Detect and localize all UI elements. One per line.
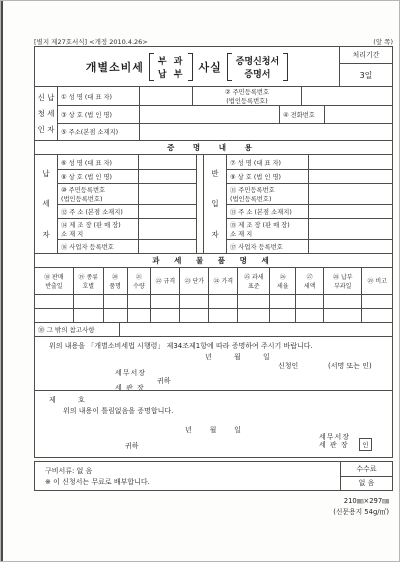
resident-no-label: ② 주민등록번호 (법인등록번호) xyxy=(193,87,302,105)
scanned-form-page: [별지 제27호서식] <개정 2010.4.26> (앞 쪽) 개별소비세 부… xyxy=(0,0,400,562)
issuer-customs: 세 관 장 xyxy=(319,442,350,450)
title-box: 개별소비세 부 과 납 부 사실 증명신청서 증명서 xyxy=(34,46,393,87)
form-note-row: [별지 제27호서식] <개정 2010.4.26> (앞 쪽) xyxy=(34,37,393,46)
goods-header-row: ⑱ 판매 반출일 ⑲ 종류 호별 ⑳ 품명 ㉑ 수량 ㉒ 규격 ㉓ 단가 ㉔ 가… xyxy=(35,268,392,294)
table-row: ⑮ 제 조 장 (판 매 장) 소 재 지 xyxy=(227,218,392,239)
document-number: 제 호 xyxy=(49,395,85,405)
addressee-tax-office: 세무서장 xyxy=(115,368,146,378)
carrier-subtable: 반 입 자 ⑦ 성 명 (대 표 자) ⑨ 상 호 (법 인 명) ⑪ 주민등록… xyxy=(203,154,393,254)
certificate-block: 제 호 위의 내용이 틀림없음을 증명합니다. 년 월 일 귀하 세무서장 세 … xyxy=(34,390,393,458)
bracket-cert-type: 증명신청서 증명서 xyxy=(227,53,288,81)
taxpayer-vertical-label: 납 세 자 xyxy=(35,155,58,253)
trade-name-field xyxy=(140,106,280,123)
application-block: 위의 내용을 「개별소비세법 시행령」 제34조제1항에 따라 증명하여 주시기… xyxy=(34,336,393,391)
col-tax-rate: ㉖ 세율 xyxy=(270,268,296,294)
other-remarks-field xyxy=(120,323,392,336)
applicant-row-name: ① 성 명 (대 표 자) ② 주민등록번호 (법인등록번호) xyxy=(58,87,392,105)
issuer-stack: 세무서장 세 관 장 xyxy=(319,434,350,449)
address-field xyxy=(140,124,392,141)
paper-type: (신문용지 54g/㎡) xyxy=(333,507,389,518)
phone-field xyxy=(325,106,392,123)
other-remarks-row: ㉚ 그 밖의 참고사항 xyxy=(34,322,393,337)
table-row: ⑩ 주민등록번호 (법인등록번호) xyxy=(58,183,196,204)
seal-box: 인 xyxy=(359,438,372,451)
col-quantity: ㉑ 수량 xyxy=(127,268,151,294)
bracket2-bottom: 증명서 xyxy=(236,67,279,80)
carrier-vertical-label: 반 입 자 xyxy=(204,155,227,253)
col-release-date: ⑱ 판매 반출일 xyxy=(35,268,73,294)
table-row: ⑰ 사업자 등록번호 xyxy=(227,239,392,253)
resident-no-field xyxy=(302,87,392,105)
certificate-statement: 위의 내용이 틀림없음을 증명합니다. xyxy=(63,406,173,416)
signature-note: (서명 또는 인) xyxy=(328,361,372,371)
cert-content-columns: 납 세 자 ⑥ 성 명 (대 표 자) ⑧ 상 호 (법 인 명) ⑩ 주민등록… xyxy=(34,154,393,254)
col-spec: ㉒ 규격 xyxy=(151,268,180,294)
table-row: ⑪ 주민등록번호 (법인등록번호) xyxy=(227,183,392,204)
form-number-note: [별지 제27호서식] <개정 2010.4.26> xyxy=(34,37,148,46)
table-row: ⑯ 사업자 등록번호 xyxy=(58,239,196,253)
paper-spec-footer: 210㎜×297㎜ (신문용지 54g/㎡) xyxy=(333,496,389,518)
address-label: ⑤ 주소(본점 소재지) xyxy=(58,124,140,141)
goods-empty-row xyxy=(35,308,392,322)
taxpayer-subtable: 납 세 자 ⑥ 성 명 (대 표 자) ⑧ 상 호 (법 인 명) ⑩ 주민등록… xyxy=(34,154,197,254)
name-label: ① 성 명 (대 표 자) xyxy=(58,87,140,105)
form-body: 개별소비세 부 과 납 부 사실 증명신청서 증명서 xyxy=(34,47,393,491)
other-remarks-label: ㉚ 그 밖의 참고사항 xyxy=(35,323,120,336)
name-field xyxy=(140,87,193,105)
table-row: ⑦ 성 명 (대 표 자) xyxy=(227,155,392,169)
col-remarks: ㉙ 비고 xyxy=(362,268,392,294)
fee-label: 수수료 xyxy=(341,462,392,477)
requirements-box: 구비서류: 없 음 ※ 이 신청서는 무료로 배부합니다. 수수료 없 음 xyxy=(34,461,393,491)
fee-value: 없 음 xyxy=(341,477,392,491)
trade-name-label: ③ 상 호 (법 인 명) xyxy=(58,106,140,123)
goods-section-header: 과 세 물 품 명 세 xyxy=(34,253,393,268)
col-price: ㉔ 가격 xyxy=(209,268,238,294)
table-row: ⑫ 주 소 (본점 소재지) xyxy=(58,204,196,218)
col-tax-base: ㉕ 과세 표준 xyxy=(238,268,270,294)
processing-period-label: 처리기간 xyxy=(340,47,392,64)
bracket1-bottom: 납 부 xyxy=(158,67,185,80)
table-row: ⑬ 주 소 (본점 소재지) xyxy=(227,204,392,218)
application-statement: 위의 내용을 「개별소비세법 시행령」 제34조제1항에 따라 증명하여 주시기… xyxy=(49,341,313,351)
applicant-vertical-label: 신 납 청 세 인 자 xyxy=(35,87,58,140)
processing-period-cell: 처리기간 3일 xyxy=(340,47,392,86)
free-distribution-note: ※ 이 신청서는 무료로 배부합니다. xyxy=(45,477,330,487)
processing-period-value: 3일 xyxy=(340,64,392,86)
table-row: ⑥ 성 명 (대 표 자) xyxy=(58,155,196,169)
right-bracket-shape xyxy=(188,53,193,81)
bracket1-top: 부 과 xyxy=(158,54,185,67)
goods-table-box: ⑱ 판매 반출일 ⑲ 종류 호별 ⑳ 품명 ㉑ 수량 ㉒ 규격 ㉓ 단가 ㉔ 가… xyxy=(34,267,393,323)
form-title: 개별소비세 부 과 납 부 사실 증명신청서 증명서 xyxy=(35,47,340,86)
cert-content-header: 증 명 내 용 xyxy=(34,140,393,155)
col-payment-date: ㉘ 납부 부과일 xyxy=(324,268,362,294)
table-row: ⑧ 상 호 (법 인 명) xyxy=(58,169,196,183)
paper-size: 210㎜×297㎜ xyxy=(333,496,389,507)
certificate-addressee-suffix: 귀하 xyxy=(125,441,139,451)
applicant-signature-label: 신청인 xyxy=(278,361,298,371)
application-date-line: 년 월 일 xyxy=(205,352,270,362)
col-item-name: ⑳ 품명 xyxy=(103,268,127,294)
col-unit-price: ㉓ 단가 xyxy=(180,268,209,294)
goods-empty-row xyxy=(35,294,392,308)
certificate-date-line: 년 월 일 xyxy=(185,425,241,435)
phone-label: ④ 전화번호 xyxy=(280,106,325,123)
applicant-section: 신 납 청 세 인 자 ① 성 명 (대 표 자) ② 주민등록번호 (법인등록… xyxy=(34,86,393,141)
table-row: ⑨ 상 호 (법 인 명) xyxy=(227,169,392,183)
page-side-note: (앞 쪽) xyxy=(373,37,393,46)
col-kind-class: ⑲ 종류 호별 xyxy=(73,268,103,294)
fee-cell: 수수료 없 음 xyxy=(340,462,392,490)
tax-name: 개별소비세 xyxy=(86,59,144,75)
table-row: ⑭ 제 조 장 (판 매 장) 소 재 지 xyxy=(58,218,196,239)
applicant-row-trade-name: ③ 상 호 (법 인 명) ④ 전화번호 xyxy=(58,105,392,123)
goods-table: ⑱ 판매 반출일 ⑲ 종류 호별 ⑳ 품명 ㉑ 수량 ㉒ 규격 ㉓ 단가 ㉔ 가… xyxy=(35,268,392,322)
bracket2-top: 증명신청서 xyxy=(236,54,279,67)
required-documents: 구비서류: 없 음 xyxy=(45,466,330,476)
scan-edge-artifact xyxy=(1,1,3,562)
right-bracket-shape xyxy=(283,53,288,81)
fact-label: 사실 xyxy=(198,59,221,75)
addressee-suffix: 귀하 xyxy=(157,376,171,386)
col-tax-amount: ㉗ 세액 xyxy=(296,268,324,294)
applicant-row-address: ⑤ 주소(본점 소재지) xyxy=(58,123,392,141)
bracket-levy-pay: 부 과 납 부 xyxy=(149,53,194,81)
